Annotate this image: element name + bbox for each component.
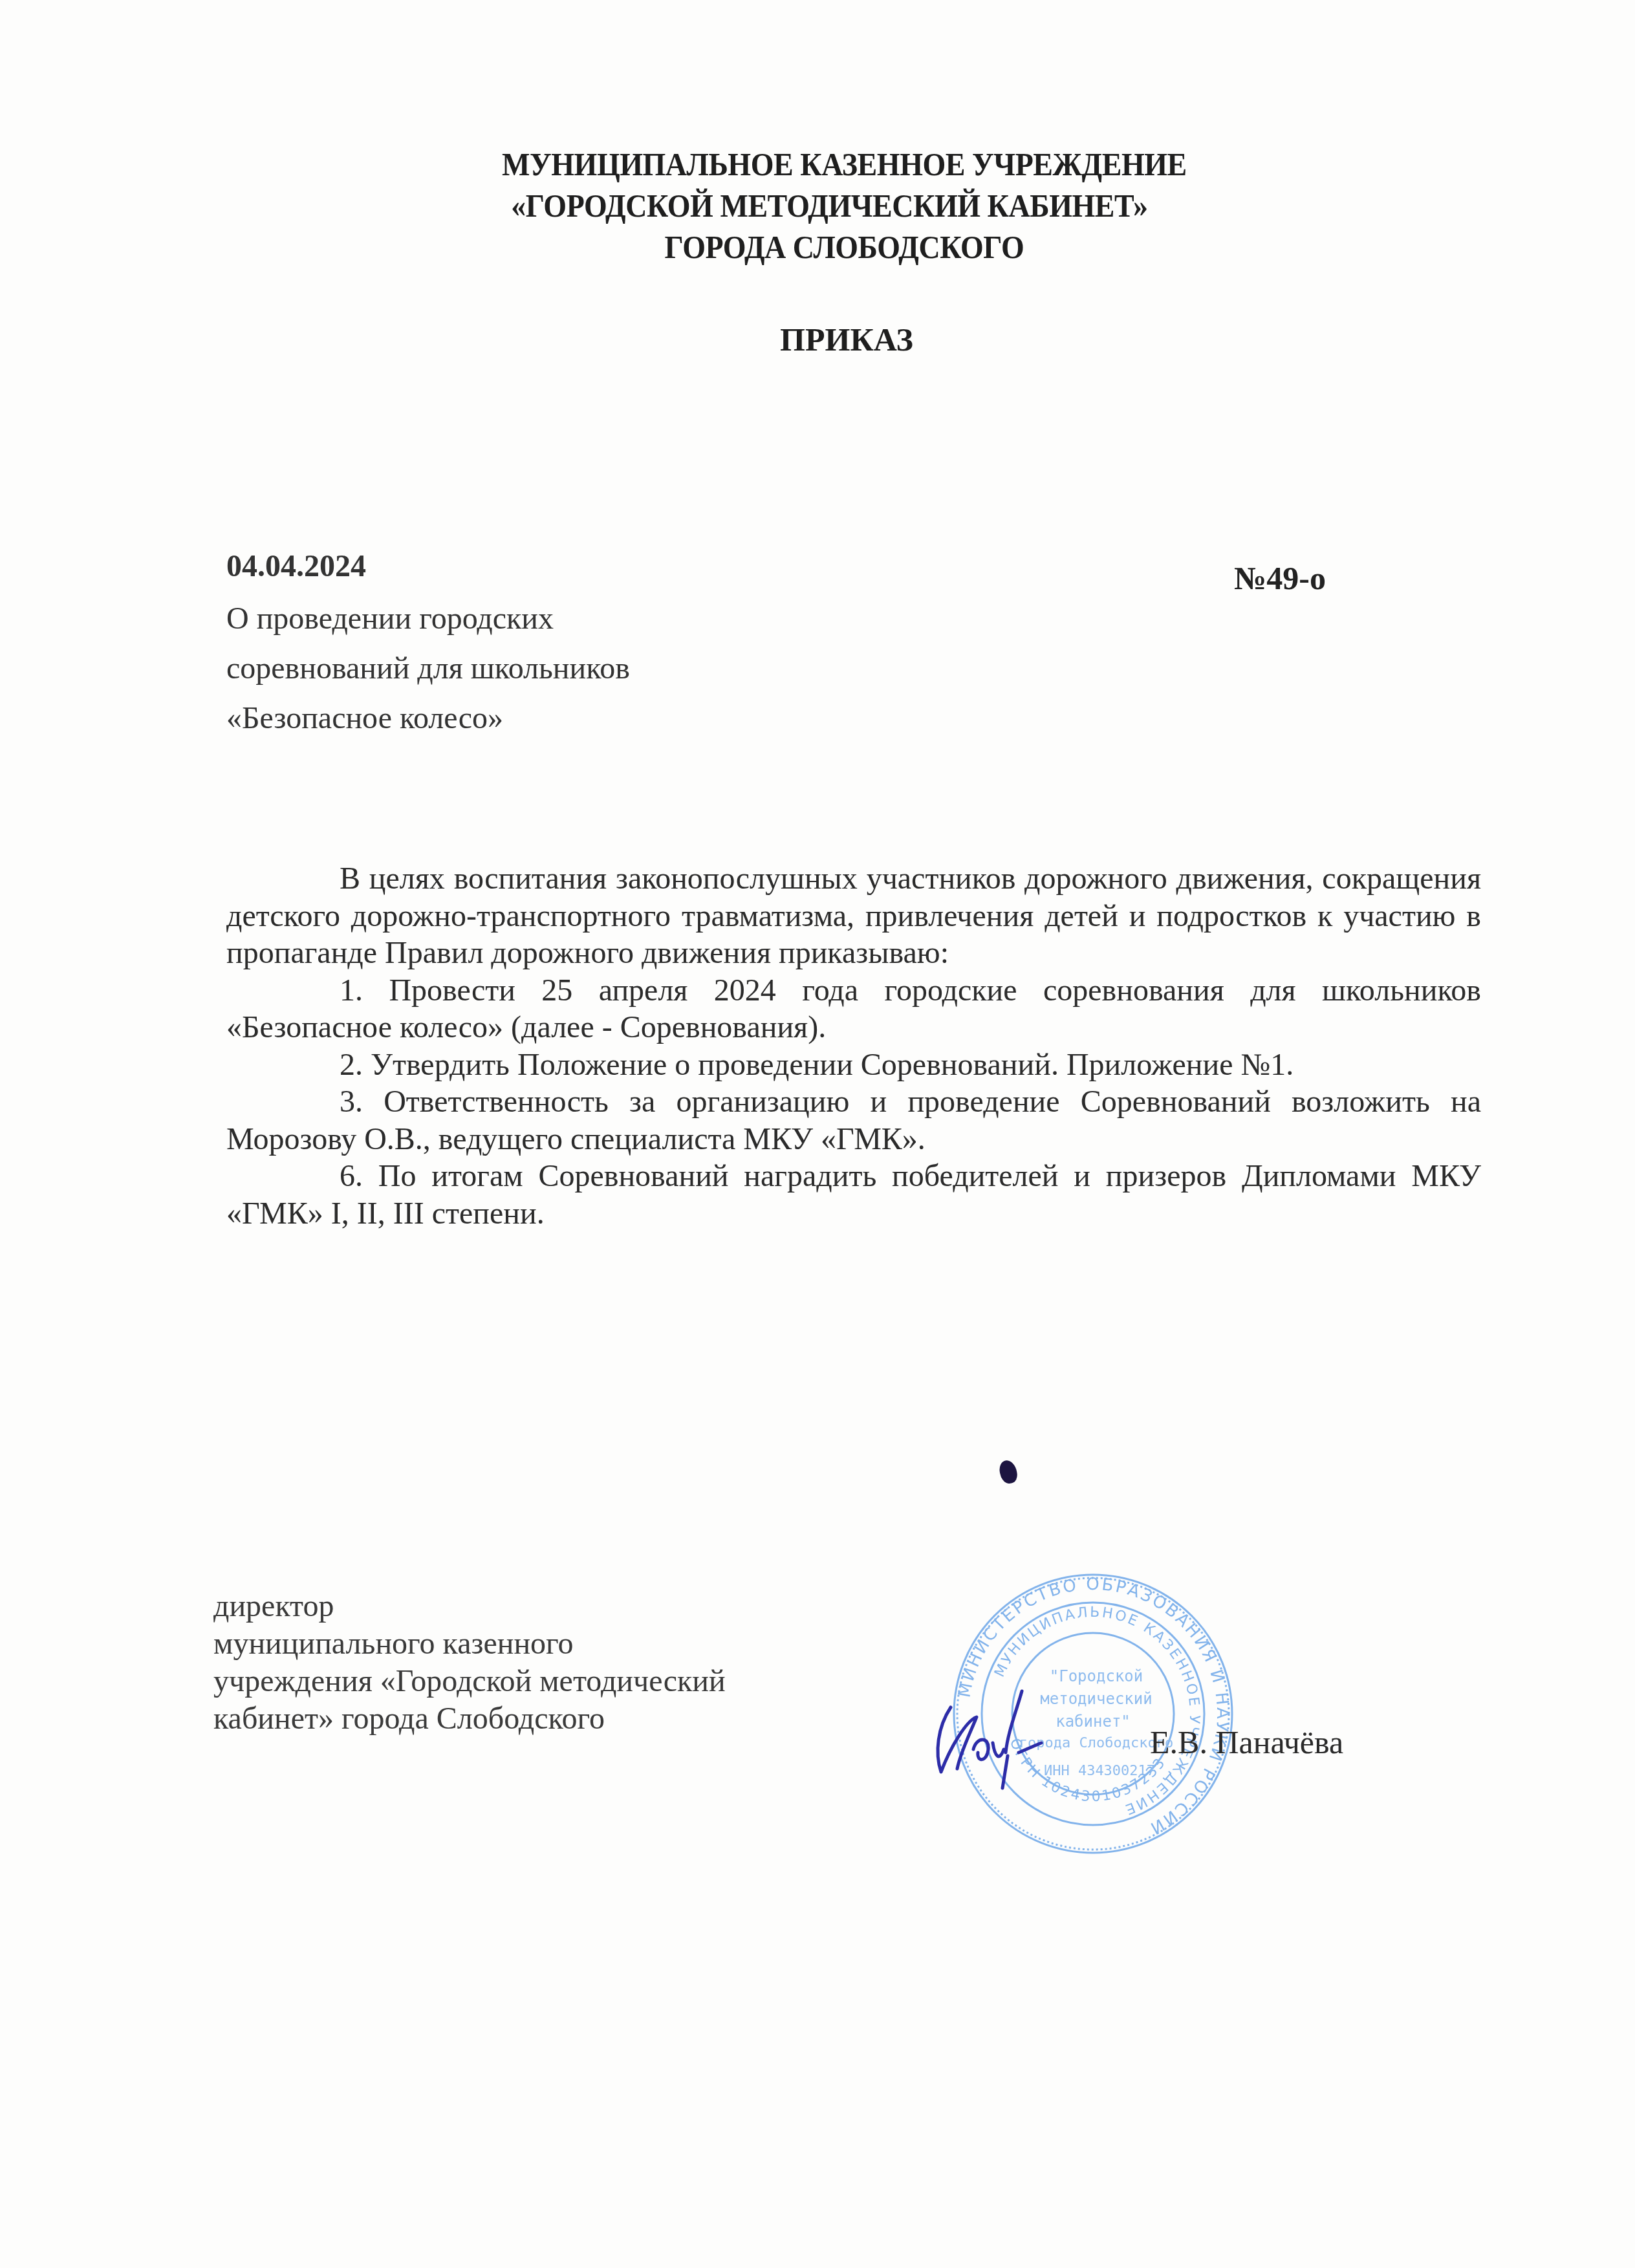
document-body: В целях воспитания законопослушных участ…: [226, 860, 1481, 1232]
signatory-name: Е.В. Паначёва: [1150, 1723, 1343, 1761]
document-number: №49-о: [1234, 559, 1326, 597]
ink-blot-mark: [998, 1459, 1019, 1485]
subject-line: О проведении городских: [226, 594, 630, 643]
preamble-paragraph: В целях воспитания законопослушных участ…: [226, 860, 1481, 972]
document-type-title: ПРИКАЗ: [29, 321, 1635, 358]
document-subject: О проведении городских соревнований для …: [226, 594, 630, 743]
document-header: МУНИЦИПАЛЬНОЕ КАЗЕННОЕ УЧРЕЖДЕНИЕ «ГОРОД…: [65, 144, 1570, 268]
signatory-position: директор муниципального казенного учрежд…: [213, 1588, 726, 1738]
stamp-center-line: кабинет": [1056, 1712, 1131, 1731]
order-item-2: 2. Утвердить Положение о проведении Соре…: [226, 1046, 1481, 1084]
position-line: кабинет» города Слободского: [213, 1700, 726, 1738]
order-item-1: 1. Провести 25 апреля 2024 года городски…: [226, 972, 1481, 1046]
org-name-line-1: МУНИЦИПАЛЬНОЕ КАЗЕННОЕ УЧРЕЖДЕНИЕ: [119, 144, 1570, 185]
stamp-center-line: "Городской: [1050, 1667, 1143, 1685]
org-name-line-2: «ГОРОДСКОЙ МЕТОДИЧЕСКИЙ КАБИНЕТ»: [89, 185, 1570, 226]
position-line: учреждения «Городской методический: [213, 1663, 726, 1700]
order-item-3: 3. Ответственность за организацию и пров…: [226, 1083, 1481, 1158]
stamp-center-line: методический: [1040, 1690, 1152, 1708]
document-date: 04.04.2024: [226, 548, 366, 584]
order-item-6: 6. По итогам Соревнований наградить побе…: [226, 1158, 1481, 1232]
org-name-line-3: ГОРОДА СЛОБОДСКОГО: [119, 226, 1570, 268]
position-line: директор: [213, 1588, 726, 1625]
stamp-inn: ИНН 434300217: [1044, 1763, 1155, 1779]
handwritten-signature-icon: [931, 1681, 1048, 1791]
subject-line: соревнований для школьников: [226, 643, 630, 693]
position-line: муниципального казенного: [213, 1625, 726, 1663]
subject-line: «Безопасное колесо»: [226, 693, 630, 743]
